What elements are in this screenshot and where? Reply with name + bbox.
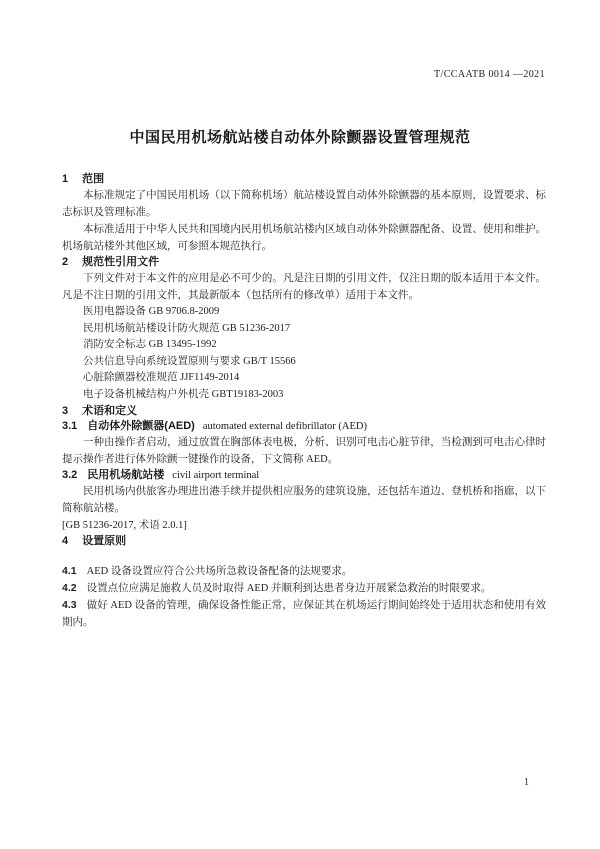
page-number: 1 <box>524 777 529 788</box>
section-4-clauses: 4.1AED 设备设置应符合公共场所急救设备配备的法规要求。 4.2设置点位应满… <box>62 563 546 632</box>
section-3-2-term-en: civil airport terminal <box>172 470 259 481</box>
clause-4-3: 4.3做好 AED 设备的管理，确保设备性能正常，应保证其在机场运行期间始终处于… <box>62 597 546 632</box>
section-3-title: 术语和定义 <box>82 405 137 417</box>
section-1-paragraph-2: 本标准适用于中华人民共和国境内民用机场航站楼内区域自动体外除颤器配备、设置、使用… <box>62 221 546 255</box>
section-2-number: 2 <box>62 256 68 268</box>
section-2-title: 规范性引用文件 <box>82 256 159 268</box>
section-1-number: 1 <box>62 173 68 185</box>
clause-4-3-text: 做好 AED 设备的管理，确保设备性能正常，应保证其在机场运行期间始终处于适用状… <box>62 600 546 628</box>
section-3-1-definition: 一种由操作者启动，通过放置在胸部体表电极，分析、识别可电击心脏节律，当检测到可电… <box>62 434 546 468</box>
document-body: 1范围 本标准规定了中国民用机场（以下简称机场）航站楼设置自动体外除颤器的基本原… <box>62 172 546 632</box>
section-3-heading: 3术语和定义 <box>62 404 546 419</box>
clause-4-2-text: 设置点位应满足施救人员及时取得 AED 并顺利到达患者身边开展紧急救治的时限要求… <box>87 583 492 594</box>
section-1-paragraph-1: 本标准规定了中国民用机场（以下简称机场）航站楼设置自动体外除颤器的基本原则，设置… <box>62 187 546 221</box>
section-3-2-term-cn: 民用机场航站楼 <box>87 469 164 481</box>
section-4-title: 设置原则 <box>82 535 126 547</box>
section-1-title: 范围 <box>82 173 104 185</box>
reference-item: 消防安全标志 GB 13495-1992 <box>62 337 546 354</box>
clause-4-2-number: 4.2 <box>62 582 77 594</box>
section-2-heading: 2规范性引用文件 <box>62 255 546 270</box>
section-3-2-heading: 3.2民用机场航站楼civil airport terminal <box>62 468 546 483</box>
section-3-number: 3 <box>62 405 68 417</box>
section-3-1-number: 3.1 <box>62 420 77 432</box>
document-title: 中国民用机场航站楼自动体外除颤器设置管理规范 <box>0 126 600 147</box>
reference-item: 医用电器设备 GB 9706.8-2009 <box>62 304 546 321</box>
section-1-heading: 1范围 <box>62 172 546 187</box>
reference-item: 心脏除颤器校准规范 JJF1149-2014 <box>62 370 546 387</box>
normative-references-list: 医用电器设备 GB 9706.8-2009 民用机场航站楼设计防火规范 GB 5… <box>62 304 546 404</box>
doc-number: T/CCAATB 0014 —2021 <box>434 69 545 80</box>
clause-4-1-text: AED 设备设置应符合公共场所急救设备配备的法规要求。 <box>87 566 353 577</box>
section-3-2-definition: 民用机场内供旅客办理进出港手续并提供相应服务的建筑设施，还包括车道边、登机桥和指… <box>62 483 546 517</box>
section-3-1-term-cn: 自动体外除颤器(AED) <box>87 420 195 432</box>
section-2-paragraph-1: 下列文件对于本文件的应用是必不可少的。凡是注日期的引用文件，仅注日期的版本适用于… <box>62 270 546 304</box>
section-3-2-number: 3.2 <box>62 469 77 481</box>
reference-item: 公共信息导向系统设置原则与要求 GB/T 15566 <box>62 354 546 371</box>
document-page: T/CCAATB 0014 —2021 中国民用机场航站楼自动体外除颤器设置管理… <box>0 0 600 849</box>
clause-4-3-number: 4.3 <box>62 599 77 611</box>
section-4-heading: 4设置原则 <box>62 534 546 549</box>
reference-item: 电子设备机械结构户外机壳 GBT19183-2003 <box>62 387 546 404</box>
clause-4-1: 4.1AED 设备设置应符合公共场所急救设备配备的法规要求。 <box>62 563 546 580</box>
clause-4-2: 4.2设置点位应满足施救人员及时取得 AED 并顺利到达患者身边开展紧急救治的时… <box>62 580 546 597</box>
section-3-2-source: [GB 51236-2017, 术语 2.0.1] <box>62 517 546 534</box>
section-3-1-term-en: automated external defibrillator (AED) <box>203 421 367 432</box>
section-4-number: 4 <box>62 535 68 547</box>
section-3-1-heading: 3.1自动体外除颤器(AED)automated external defibr… <box>62 419 546 434</box>
clause-4-1-number: 4.1 <box>62 565 77 577</box>
reference-item: 民用机场航站楼设计防火规范 GB 51236-2017 <box>62 321 546 338</box>
